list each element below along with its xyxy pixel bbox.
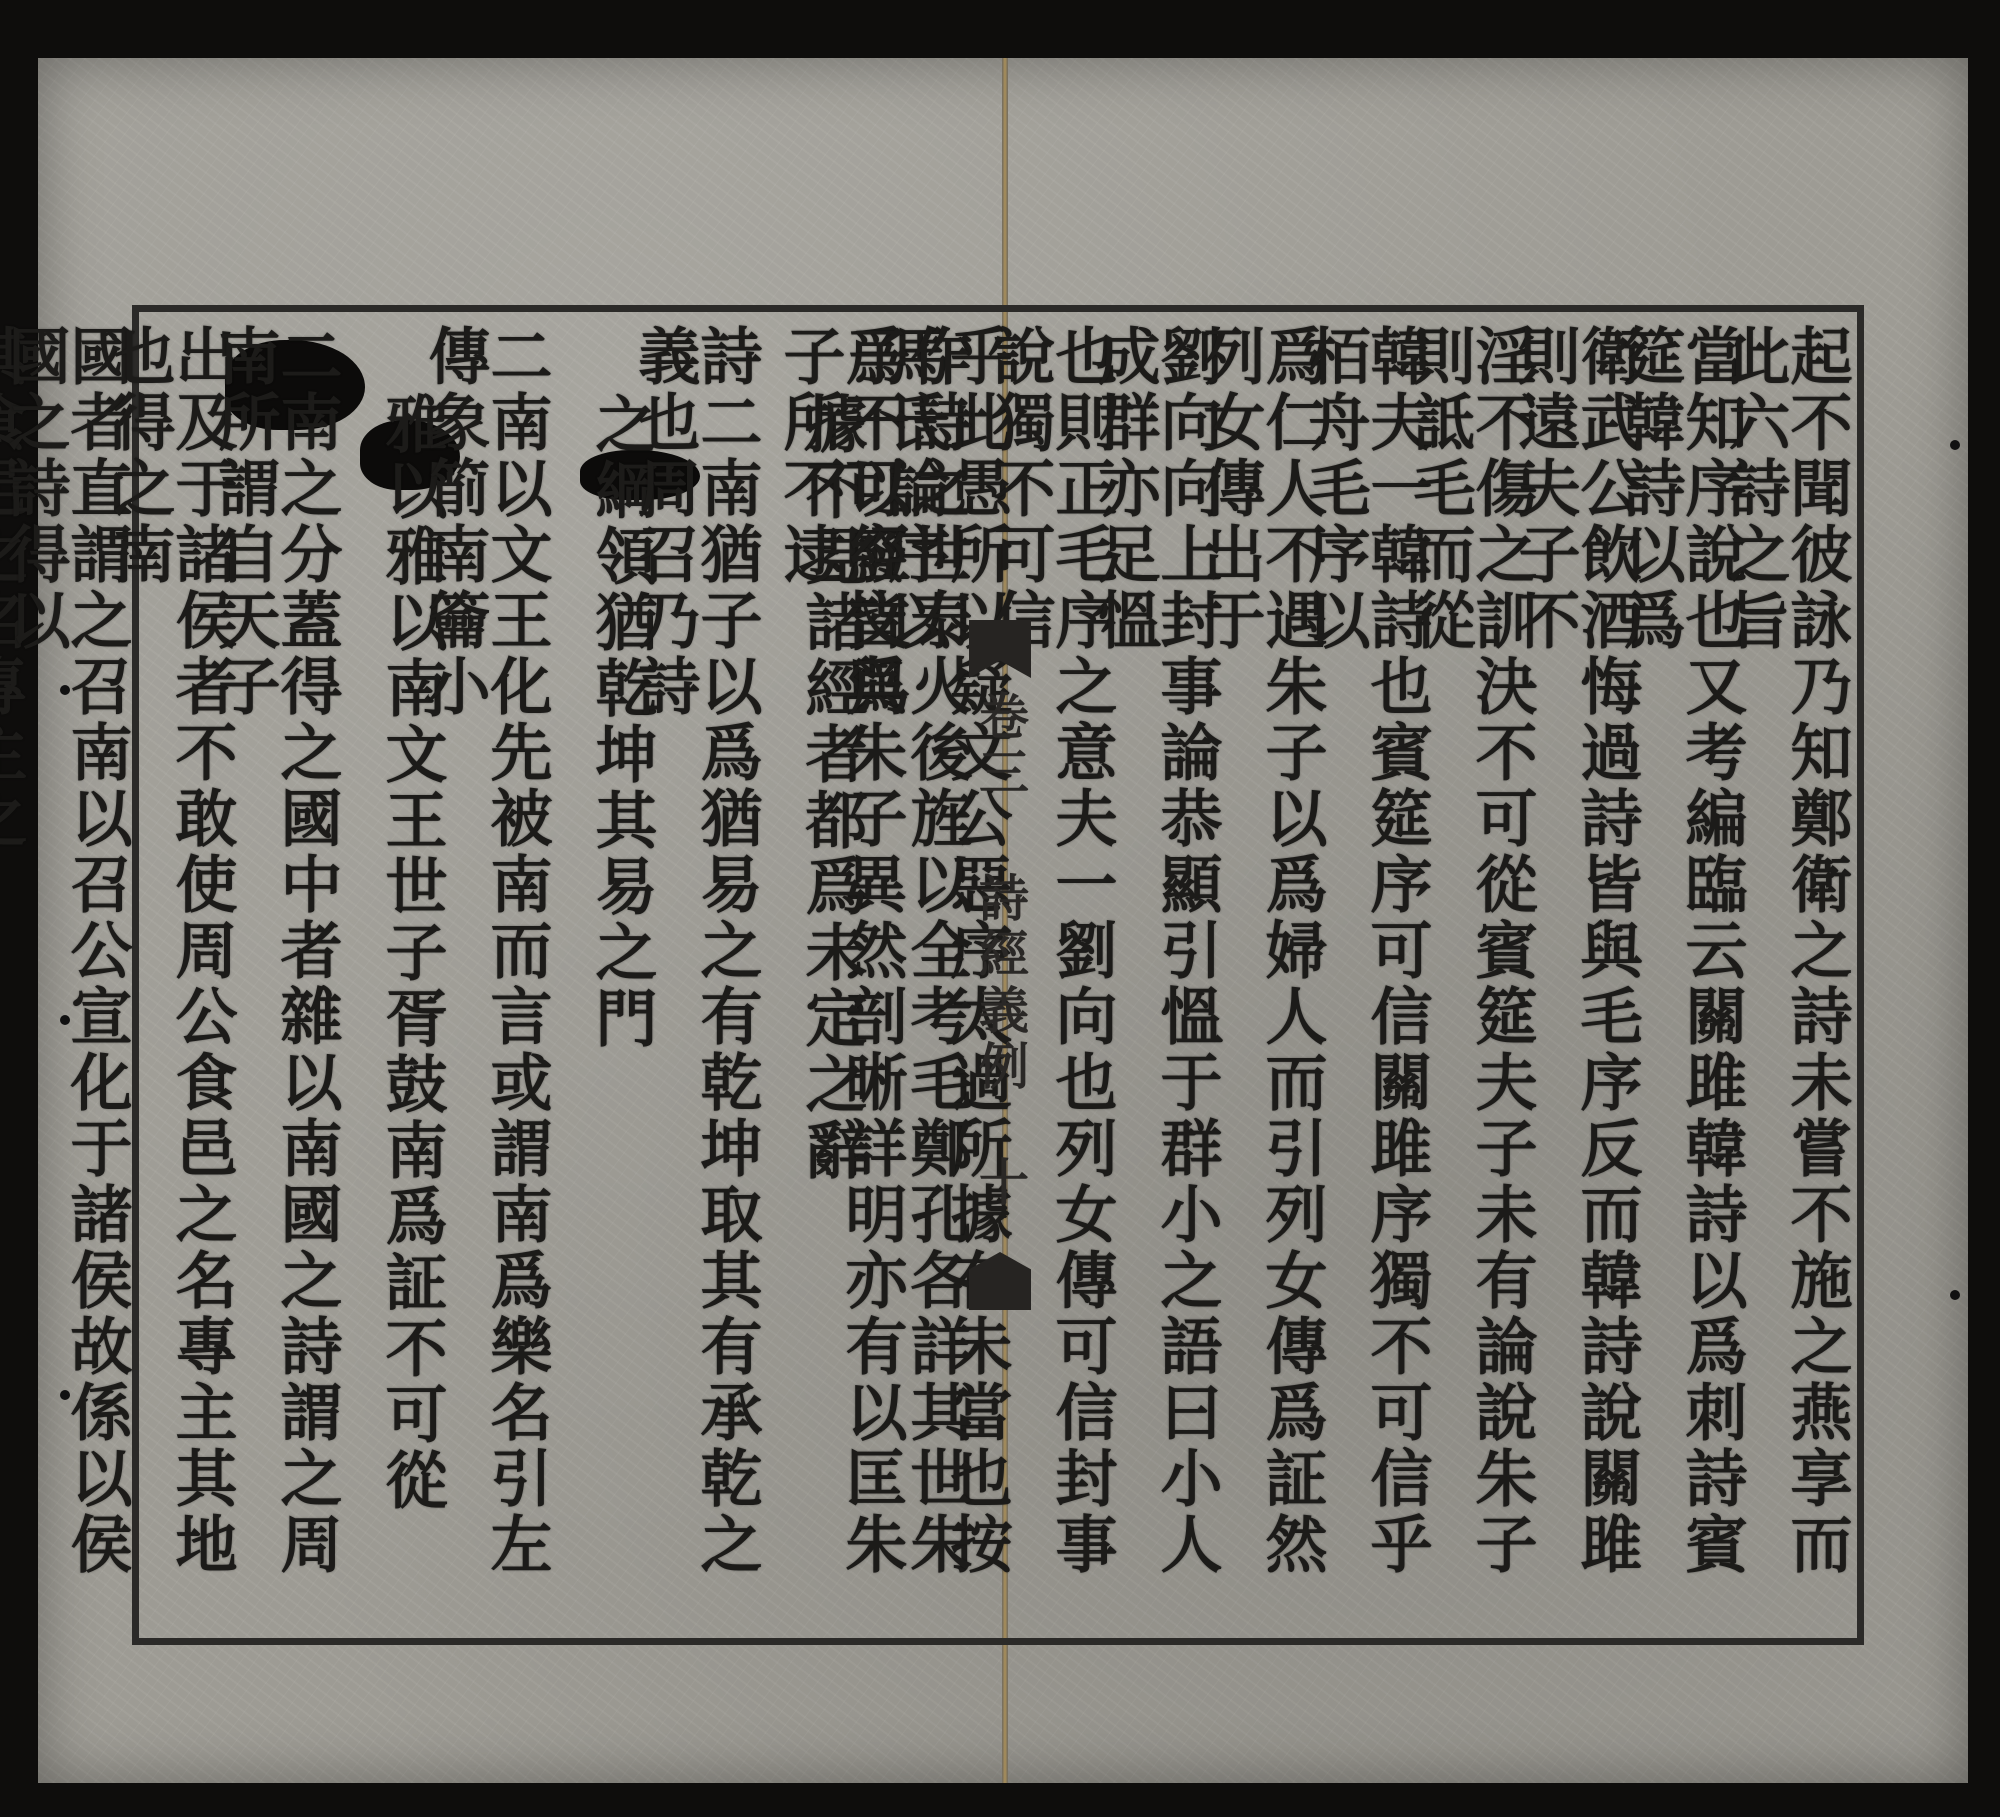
- center-margin: 卷三 詩經義例 十: [965, 620, 1035, 1720]
- text-column: 起不聞彼詠乃知鄭衛之詩未嘗不施之燕享而此六詩之旨: [1759, 312, 1847, 1638]
- text-column: 二南以文王化先被南而言或謂南爲樂名引左傳象箾南籥小: [459, 312, 547, 1638]
- fishtail-bottom-icon: [969, 1252, 1031, 1310]
- right-page: 起不聞彼詠乃知鄭衛之詩未嘗不施之燕享而此六詩之旨 當知序說也又考編臨云關雎韓詩以…: [1005, 312, 1857, 1638]
- text-column: 詩二南猶子以爲猶易之有乾坤取其有承乾之義也周召乃詩: [669, 312, 757, 1638]
- left-page: 作詩之世泰火後旌以全考毛鄭孔各詳其世朱子一以經文爲 據不見諸經者都爲未定之辭 詩…: [139, 312, 991, 1638]
- volume-label: 卷三: [964, 690, 1036, 802]
- binding-hole: [1950, 440, 1960, 450]
- text-column: 二南之分蓋得之國中者雜以南國之詩謂之周南所謂自天子: [249, 312, 337, 1638]
- fishtail-top-icon: [969, 620, 1031, 678]
- binding-hole: [1950, 1290, 1960, 1300]
- text-column: 作詩之世泰火後旌以全考毛鄭孔各詳其世朱子一以經文爲: [879, 312, 967, 1638]
- page-number: 十: [964, 1156, 1036, 1212]
- book-title: 詩經義例: [964, 872, 1036, 1096]
